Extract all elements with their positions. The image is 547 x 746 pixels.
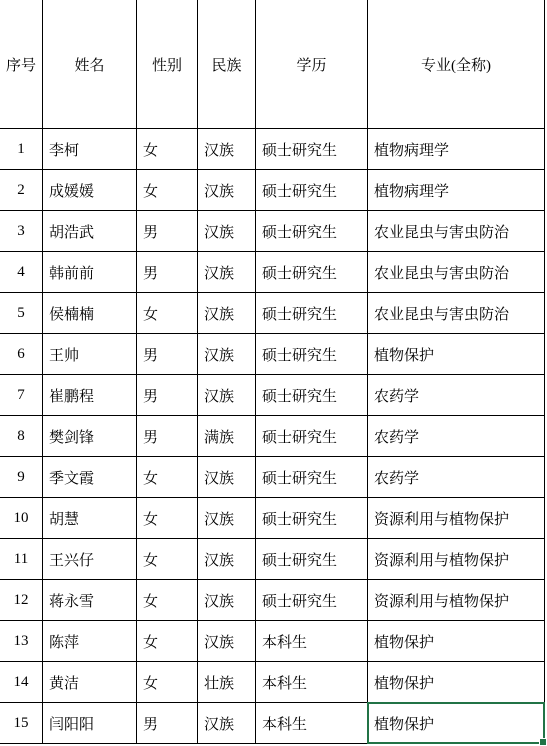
cell-text: 汉族	[204, 635, 234, 651]
cell-major[interactable]: 农业昆虫与害虫防治	[368, 293, 545, 334]
spreadsheet-view: 序号 姓名 性别 民族 学历 专业(全称) 1李柯女汉族硕士研究生植物病理学2成…	[0, 0, 547, 738]
cell-text: 满族	[204, 430, 234, 446]
cell-text: 汉族	[204, 553, 234, 569]
cell-gender[interactable]: 男	[137, 211, 198, 252]
cell-major[interactable]: 农业昆虫与害虫防治	[368, 252, 545, 293]
cell-education[interactable]: 本科生	[256, 662, 368, 703]
cell-gender[interactable]: 女	[137, 498, 198, 539]
table-body: 1李柯女汉族硕士研究生植物病理学2成媛媛女汉族硕士研究生植物病理学3胡浩武男汉族…	[0, 129, 545, 739]
cell-index[interactable]: 14	[0, 662, 43, 703]
table-row: 12蒋永雪女汉族硕士研究生资源利用与植物保护	[0, 580, 545, 621]
cell-text: 男	[143, 266, 158, 282]
table-row: 9季文霞女汉族硕士研究生农药学	[0, 457, 545, 498]
cell-text: 植物保护	[374, 717, 434, 733]
cell-text: 汉族	[204, 348, 234, 364]
cell-education[interactable]: 硕士研究生	[256, 293, 368, 334]
cell-text: 王兴仔	[49, 553, 94, 569]
cell-text: 硕士研究生	[262, 266, 337, 282]
table-header: 序号 姓名 性别 民族 学历 专业(全称)	[0, 0, 545, 129]
cell-gender[interactable]: 女	[137, 170, 198, 211]
cell-index[interactable]: 9	[0, 457, 43, 498]
cell-text: 植物保护	[374, 635, 434, 651]
cell-text: 陈萍	[49, 635, 79, 651]
cell-text: 6	[17, 346, 25, 362]
table-row: 15闫阳阳男汉族本科生植物保护	[0, 703, 545, 739]
cell-text: 农业昆虫与害虫防治	[374, 307, 509, 323]
cell-index[interactable]: 12	[0, 580, 43, 621]
cell-text: 硕士研究生	[262, 389, 337, 405]
cell-index[interactable]: 13	[0, 621, 43, 662]
table-row: 7崔鹏程男汉族硕士研究生农药学	[0, 375, 545, 416]
cell-text: 闫阳阳	[49, 717, 94, 733]
cell-name[interactable]: 胡浩武	[43, 211, 137, 252]
cell-ethnicity[interactable]: 汉族	[198, 457, 256, 498]
cell-text: 农业昆虫与害虫防治	[374, 266, 509, 282]
cell-name[interactable]: 蒋永雪	[43, 580, 137, 621]
cell-ethnicity[interactable]: 汉族	[198, 375, 256, 416]
cell-education[interactable]: 硕士研究生	[256, 375, 368, 416]
cell-major[interactable]: 植物病理学	[368, 170, 545, 211]
cell-major[interactable]: 植物病理学	[368, 129, 545, 170]
cell-name[interactable]: 季文霞	[43, 457, 137, 498]
cell-name[interactable]: 王帅	[43, 334, 137, 375]
cell-text: 资源利用与植物保护	[374, 553, 509, 569]
cell-name[interactable]: 陈萍	[43, 621, 137, 662]
cell-text: 胡慧	[49, 512, 79, 528]
cell-education[interactable]: 本科生	[256, 703, 368, 739]
header-cell-index[interactable]: 序号	[0, 0, 43, 129]
cell-major[interactable]: 植物保护	[368, 621, 545, 662]
cell-text: 侯楠楠	[49, 307, 94, 323]
cell-name[interactable]: 胡慧	[43, 498, 137, 539]
cell-major[interactable]: 资源利用与植物保护	[368, 498, 545, 539]
table-row: 2成媛媛女汉族硕士研究生植物病理学	[0, 170, 545, 211]
cell-text: 蒋永雪	[49, 594, 94, 610]
cell-text: 本科生	[262, 635, 307, 651]
table-row: 6王帅男汉族硕士研究生植物保护	[0, 334, 545, 375]
cell-text: 女	[143, 512, 158, 528]
cell-name[interactable]: 王兴仔	[43, 539, 137, 580]
cell-text: 资源利用与植物保护	[374, 594, 509, 610]
cell-index[interactable]: 2	[0, 170, 43, 211]
cell-name[interactable]: 成媛媛	[43, 170, 137, 211]
cell-text: 4	[17, 264, 25, 280]
selected-cell[interactable]: 植物保护	[368, 703, 545, 739]
cell-text: 季文霞	[49, 471, 94, 487]
cell-text: 汉族	[204, 307, 234, 323]
header-row: 序号 姓名 性别 民族 学历 专业(全称)	[0, 0, 545, 129]
cell-text: 男	[143, 225, 158, 241]
cell-text: 硕士研究生	[262, 553, 337, 569]
cell-gender[interactable]: 女	[137, 662, 198, 703]
cell-text: 硕士研究生	[262, 430, 337, 446]
cell-text: 汉族	[204, 184, 234, 200]
cell-text: 女	[143, 471, 158, 487]
cell-education[interactable]: 硕士研究生	[256, 211, 368, 252]
table-row: 13陈萍女汉族本科生植物保护	[0, 621, 545, 662]
cell-gender[interactable]: 男	[137, 703, 198, 739]
cell-name[interactable]: 韩前前	[43, 252, 137, 293]
cell-text: 汉族	[204, 471, 234, 487]
cell-text: 14	[14, 674, 29, 690]
cell-name[interactable]: 黄洁	[43, 662, 137, 703]
cell-education[interactable]: 硕士研究生	[256, 129, 368, 170]
cell-gender[interactable]: 男	[137, 252, 198, 293]
cell-text: 男	[143, 430, 158, 446]
cell-ethnicity[interactable]: 汉族	[198, 252, 256, 293]
table-row: 10胡慧女汉族硕士研究生资源利用与植物保护	[0, 498, 545, 539]
cell-text: 植物保护	[374, 676, 434, 692]
cell-text: 15	[14, 715, 29, 731]
table-row: 4韩前前男汉族硕士研究生农业昆虫与害虫防治	[0, 252, 545, 293]
cell-text: 汉族	[204, 225, 234, 241]
cell-text: 汉族	[204, 717, 234, 733]
cell-text: 农药学	[374, 389, 419, 405]
cell-text: 5	[17, 305, 25, 321]
cell-text: 8	[17, 428, 25, 444]
cell-text: 硕士研究生	[262, 348, 337, 364]
cell-text: 硕士研究生	[262, 225, 337, 241]
cell-gender[interactable]: 男	[137, 375, 198, 416]
cell-gender[interactable]: 女	[137, 621, 198, 662]
cell-ethnicity[interactable]: 汉族	[198, 498, 256, 539]
cell-text: 11	[14, 551, 28, 567]
cell-text: 本科生	[262, 717, 307, 733]
cell-text: 农业昆虫与害虫防治	[374, 225, 509, 241]
cell-major[interactable]: 植物保护	[368, 334, 545, 375]
cell-major[interactable]: 农药学	[368, 375, 545, 416]
cell-text: 壮族	[204, 676, 234, 692]
student-table: 序号 姓名 性别 民族 学历 专业(全称) 1李柯女汉族硕士研究生植物病理学2成…	[0, 0, 545, 738]
table-row: 1李柯女汉族硕士研究生植物病理学	[0, 129, 545, 170]
cell-text: 女	[143, 635, 158, 651]
table-row: 11王兴仔女汉族硕士研究生资源利用与植物保护	[0, 539, 545, 580]
cell-major[interactable]: 农药学	[368, 457, 545, 498]
cell-education[interactable]: 硕士研究生	[256, 457, 368, 498]
cell-gender[interactable]: 女	[137, 293, 198, 334]
cell-text: 本科生	[262, 676, 307, 692]
table-row: 5侯楠楠女汉族硕士研究生农业昆虫与害虫防治	[0, 293, 545, 334]
cell-ethnicity[interactable]: 壮族	[198, 662, 256, 703]
cell-index[interactable]: 11	[0, 539, 43, 580]
cell-text: 3	[17, 223, 25, 239]
cell-name[interactable]: 侯楠楠	[43, 293, 137, 334]
cell-education[interactable]: 硕士研究生	[256, 539, 368, 580]
cell-text: 农药学	[374, 430, 419, 446]
header-cell-name[interactable]: 姓名	[43, 0, 137, 129]
cell-ethnicity[interactable]: 汉族	[198, 703, 256, 739]
cell-index[interactable]: 6	[0, 334, 43, 375]
cell-index[interactable]: 5	[0, 293, 43, 334]
cell-index[interactable]: 10	[0, 498, 43, 539]
cell-text: 硕士研究生	[262, 143, 337, 159]
cell-text: 成媛媛	[49, 184, 94, 200]
header-cell-education[interactable]: 学历	[256, 0, 368, 129]
cell-text: 胡浩武	[49, 225, 94, 241]
cell-text: 李柯	[49, 143, 79, 159]
cell-ethnicity[interactable]: 汉族	[198, 293, 256, 334]
cell-gender[interactable]: 女	[137, 129, 198, 170]
cell-text: 韩前前	[49, 266, 94, 282]
cell-education[interactable]: 硕士研究生	[256, 580, 368, 621]
cell-major[interactable]: 植物保护	[368, 662, 545, 703]
cell-index[interactable]: 4	[0, 252, 43, 293]
header-cell-major[interactable]: 专业(全称)	[368, 0, 545, 129]
cell-text: 1	[17, 141, 25, 157]
cell-text: 资源利用与植物保护	[374, 512, 509, 528]
cell-text: 黄洁	[49, 676, 79, 692]
cell-text: 汉族	[204, 266, 234, 282]
cell-ethnicity[interactable]: 汉族	[198, 539, 256, 580]
cell-text: 女	[143, 184, 158, 200]
cell-text: 硕士研究生	[262, 307, 337, 323]
cell-education[interactable]: 硕士研究生	[256, 252, 368, 293]
cell-index[interactable]: 15	[0, 703, 43, 739]
cell-text: 硕士研究生	[262, 184, 337, 200]
cell-text: 汉族	[204, 389, 234, 405]
cell-ethnicity[interactable]: 汉族	[198, 580, 256, 621]
cell-text: 12	[14, 592, 29, 608]
table-row: 14黄洁女壮族本科生植物保护	[0, 662, 545, 703]
cell-gender[interactable]: 女	[137, 539, 198, 580]
cell-education[interactable]: 硕士研究生	[256, 170, 368, 211]
cell-text: 硕士研究生	[262, 471, 337, 487]
cell-major[interactable]: 资源利用与植物保护	[368, 539, 545, 580]
header-cell-gender[interactable]: 性别	[137, 0, 198, 129]
cell-gender[interactable]: 男	[137, 416, 198, 457]
cell-major[interactable]: 农业昆虫与害虫防治	[368, 211, 545, 252]
cell-ethnicity[interactable]: 汉族	[198, 334, 256, 375]
cell-index[interactable]: 1	[0, 129, 43, 170]
cell-text: 农药学	[374, 471, 419, 487]
cell-text: 硕士研究生	[262, 512, 337, 528]
cell-education[interactable]: 硕士研究生	[256, 416, 368, 457]
cell-ethnicity[interactable]: 汉族	[198, 211, 256, 252]
cell-text: 植物病理学	[374, 184, 449, 200]
cell-text: 汉族	[204, 143, 234, 159]
cell-gender[interactable]: 男	[137, 334, 198, 375]
cell-text: 女	[143, 594, 158, 610]
cell-text: 女	[143, 143, 158, 159]
cell-major[interactable]: 农药学	[368, 416, 545, 457]
cell-gender[interactable]: 女	[137, 457, 198, 498]
cell-text: 女	[143, 553, 158, 569]
cell-education[interactable]: 硕士研究生	[256, 334, 368, 375]
cell-name[interactable]: 樊剑锋	[43, 416, 137, 457]
cell-ethnicity[interactable]: 汉族	[198, 621, 256, 662]
cell-education[interactable]: 本科生	[256, 621, 368, 662]
header-cell-ethnicity[interactable]: 民族	[198, 0, 256, 129]
cell-text: 植物病理学	[374, 143, 449, 159]
cell-text: 植物保护	[374, 348, 434, 364]
cell-index[interactable]: 3	[0, 211, 43, 252]
cell-gender[interactable]: 女	[137, 580, 198, 621]
cell-ethnicity[interactable]: 满族	[198, 416, 256, 457]
cell-text: 汉族	[204, 512, 234, 528]
cell-text: 9	[17, 469, 25, 485]
cell-text: 崔鹏程	[49, 389, 94, 405]
cell-ethnicity[interactable]: 汉族	[198, 129, 256, 170]
cell-index[interactable]: 8	[0, 416, 43, 457]
cell-text: 男	[143, 348, 158, 364]
cell-ethnicity[interactable]: 汉族	[198, 170, 256, 211]
cell-text: 男	[143, 389, 158, 405]
table-row: 8樊剑锋男满族硕士研究生农药学	[0, 416, 545, 457]
cell-text: 2	[17, 182, 25, 198]
cell-text: 王帅	[49, 348, 79, 364]
cell-text: 硕士研究生	[262, 594, 337, 610]
cell-major[interactable]: 资源利用与植物保护	[368, 580, 545, 621]
cell-education[interactable]: 硕士研究生	[256, 498, 368, 539]
cell-text: 汉族	[204, 594, 234, 610]
cell-name[interactable]: 李柯	[43, 129, 137, 170]
table-row: 3胡浩武男汉族硕士研究生农业昆虫与害虫防治	[0, 211, 545, 252]
cell-text: 女	[143, 307, 158, 323]
cell-text: 男	[143, 717, 158, 733]
cell-index[interactable]: 7	[0, 375, 43, 416]
cell-name[interactable]: 闫阳阳	[43, 703, 137, 739]
cell-text: 13	[14, 633, 29, 649]
cell-text: 7	[17, 387, 25, 403]
cell-text: 樊剑锋	[49, 430, 94, 446]
cell-text: 10	[14, 510, 29, 526]
cell-name[interactable]: 崔鹏程	[43, 375, 137, 416]
cell-text: 女	[143, 676, 158, 692]
